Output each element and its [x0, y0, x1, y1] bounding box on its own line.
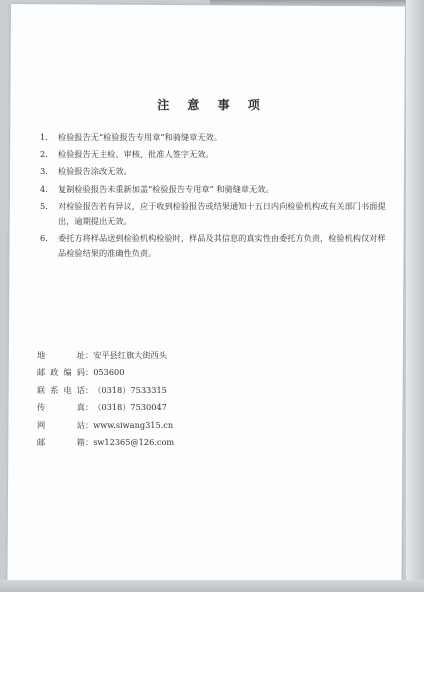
- contact-email: 邮箱 ： sw12365@126.com: [37, 434, 174, 451]
- contact-info: 地址 ： 安平县红旗大街西头 邮政编码 ： 053600 联系电话 ： （031…: [37, 347, 174, 451]
- contact-label: 网站: [37, 417, 85, 434]
- note-item: 4. 复制检验报告未重新加盖“检验报告专用章” 和骑缝章无效。: [40, 182, 390, 197]
- note-number: 3.: [40, 164, 58, 179]
- right-edge-shadow: [406, 0, 424, 592]
- contact-label: 邮箱: [37, 434, 85, 451]
- note-number: 4.: [40, 182, 58, 197]
- contact-separator: ：: [85, 399, 93, 416]
- contact-postcode: 邮政编码 ： 053600: [37, 364, 174, 381]
- note-text: 检验报告涂改无效。: [58, 164, 390, 179]
- note-number: 2.: [40, 147, 58, 162]
- note-text: 检验报告无“检验报告专用章”和骑缝章无效。: [58, 130, 390, 145]
- bottom-edge-band: [0, 580, 424, 592]
- contact-separator: ：: [85, 417, 93, 434]
- contact-value: 安平县红旗大街西头: [93, 347, 167, 364]
- note-text: 对检验报告若有异议，应于收到检验报告或结果通知十五日内向检验机构或有关部门书面提…: [58, 199, 390, 229]
- contact-address: 地址 ： 安平县红旗大街西头: [37, 347, 174, 364]
- contact-value: 053600: [93, 364, 124, 381]
- note-text: 委托方将样品送到检验机构检验时，样品及其信息的真实性由委托方负责，检验机构仅对样…: [58, 231, 390, 261]
- notes-list: 1. 检验报告无“检验报告专用章”和骑缝章无效。 2. 检验报告无主检、审核、批…: [40, 130, 390, 263]
- contact-label: 地址: [37, 347, 85, 364]
- note-item: 2. 检验报告无主检、审核、批准人签字无效。: [40, 147, 390, 162]
- note-text: 检验报告无主检、审核、批准人签字无效。: [58, 147, 390, 162]
- note-item: 1. 检验报告无“检验报告专用章”和骑缝章无效。: [40, 130, 390, 145]
- scanned-page-area: 注 意 事 项 1. 检验报告无“检验报告专用章”和骑缝章无效。 2. 检验报告…: [0, 0, 424, 592]
- note-item: 5. 对检验报告若有异议，应于收到检验报告或结果通知十五日内向检验机构或有关部门…: [40, 199, 390, 229]
- contact-value: （0318）7533315: [93, 382, 167, 399]
- document-page: [7, 4, 405, 584]
- note-number: 1.: [40, 130, 58, 145]
- contact-value: www.siwang315.cn: [93, 417, 173, 434]
- contact-separator: ：: [85, 434, 93, 451]
- contact-label: 邮政编码: [37, 364, 85, 381]
- note-item: 3. 检验报告涂改无效。: [40, 164, 390, 179]
- blank-background: [0, 592, 424, 700]
- contact-fax: 传真 ： （0318）7530047: [37, 399, 174, 416]
- contact-label: 传真: [37, 399, 85, 416]
- contact-separator: ：: [85, 364, 93, 381]
- contact-website: 网站 ： www.siwang315.cn: [37, 417, 174, 434]
- contact-separator: ：: [85, 382, 93, 399]
- note-number: 5.: [40, 199, 58, 229]
- note-item: 6. 委托方将样品送到检验机构检验时，样品及其信息的真实性由委托方负责，检验机构…: [40, 231, 390, 261]
- contact-phone: 联系电话 ： （0318）7533315: [37, 382, 174, 399]
- contact-value: （0318）7530047: [93, 399, 167, 416]
- page-title: 注 意 事 项: [0, 96, 424, 113]
- contact-label: 联系电话: [37, 382, 85, 399]
- note-number: 6.: [40, 231, 58, 261]
- note-text: 复制检验报告未重新加盖“检验报告专用章” 和骑缝章无效。: [58, 182, 390, 197]
- contact-separator: ：: [85, 347, 93, 364]
- contact-value: sw12365@126.com: [93, 434, 174, 451]
